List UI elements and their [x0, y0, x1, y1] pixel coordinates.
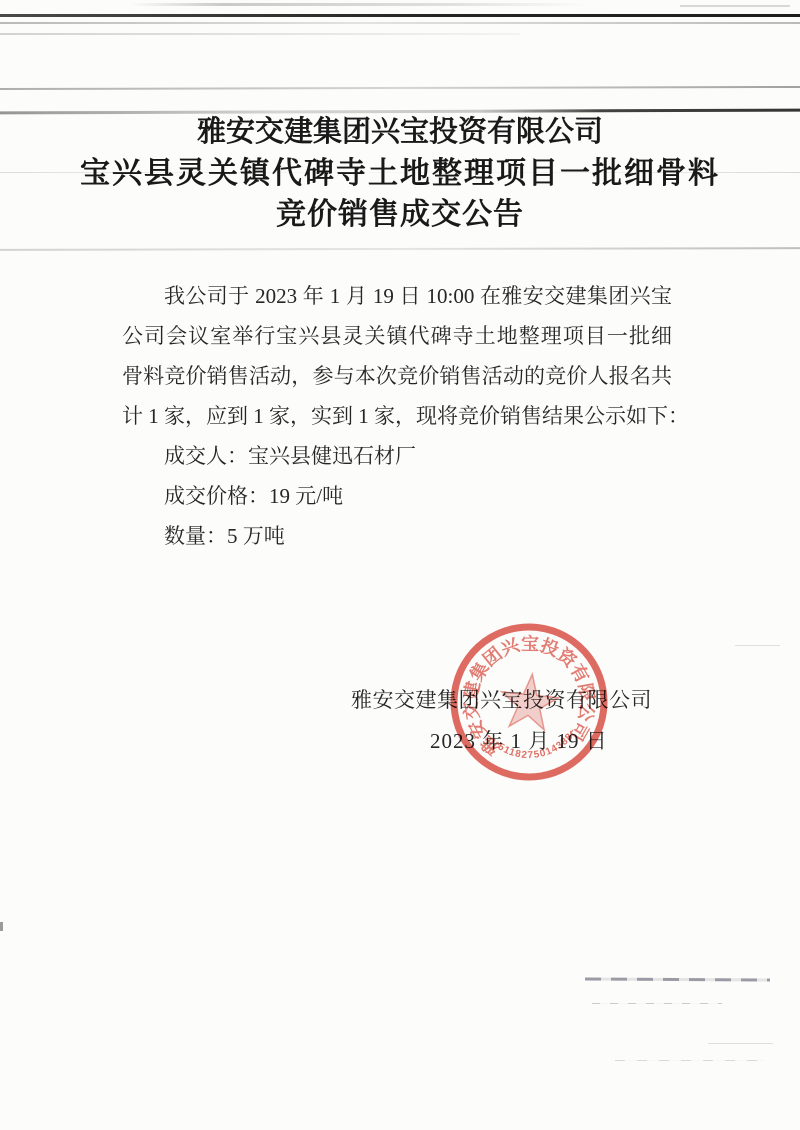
scan-artifact-line: [130, 3, 590, 6]
title-line-project: 宝兴县灵关镇代碑寺土地整理项目一批细骨料: [0, 153, 800, 194]
paragraph-line: 骨料竞价销售活动，参与本次竞价销售活动的竞价人报名共: [122, 356, 672, 396]
paragraph-line: 公司会议室举行宝兴县灵关镇代碑寺土地整理项目一批细: [122, 316, 672, 356]
scan-artifact-line: [735, 645, 780, 646]
result-buyer-line: 成交人：宝兴县健迅石材厂: [122, 436, 672, 476]
title-line-announcement: 竞价销售成交公告: [0, 194, 800, 235]
paragraph-line: 计 1 家，应到 1 家，实到 1 家，现将竞价销售结果公示如下：: [122, 396, 672, 436]
scan-artifact-line: [680, 5, 790, 7]
company-seal: 雅安交建集团兴宝投资有限公司 5118275014388: [429, 602, 629, 802]
scan-artifact-line: [708, 1043, 773, 1044]
result-price-line: 成交价格：19 元/吨: [122, 476, 672, 516]
scan-artifact-line: [0, 22, 800, 24]
scanned-document-page: 雅安交建集团兴宝投资有限公司 宝兴县灵关镇代碑寺土地整理项目一批细骨料 竞价销售…: [0, 0, 800, 1130]
document-body: 我公司于 2023 年 1 月 19 日 10:00 在雅安交建集团兴宝 公司会…: [122, 276, 672, 556]
scan-artifact-line: [0, 14, 800, 17]
title-line-company: 雅安交建集团兴宝投资有限公司: [0, 112, 800, 153]
scan-artifact-line: [0, 33, 520, 35]
seal-code-text: 5118275014388: [494, 730, 578, 767]
paragraph-line: 我公司于 2023 年 1 月 19 日 10:00 在雅安交建集团兴宝: [122, 276, 672, 316]
scan-artifact-line: [615, 1060, 765, 1061]
star-icon: [500, 672, 561, 734]
scan-artifact-line: [0, 86, 800, 90]
scan-artifact-line: [592, 1003, 722, 1004]
scan-artifact-line: [0, 922, 3, 931]
result-quantity-line: 数量：5 万吨: [122, 516, 672, 556]
scan-artifact-line: [585, 978, 770, 982]
document-title: 雅安交建集团兴宝投资有限公司 宝兴县灵关镇代碑寺土地整理项目一批细骨料 竞价销售…: [0, 112, 800, 235]
scan-artifact-line: [0, 247, 800, 251]
